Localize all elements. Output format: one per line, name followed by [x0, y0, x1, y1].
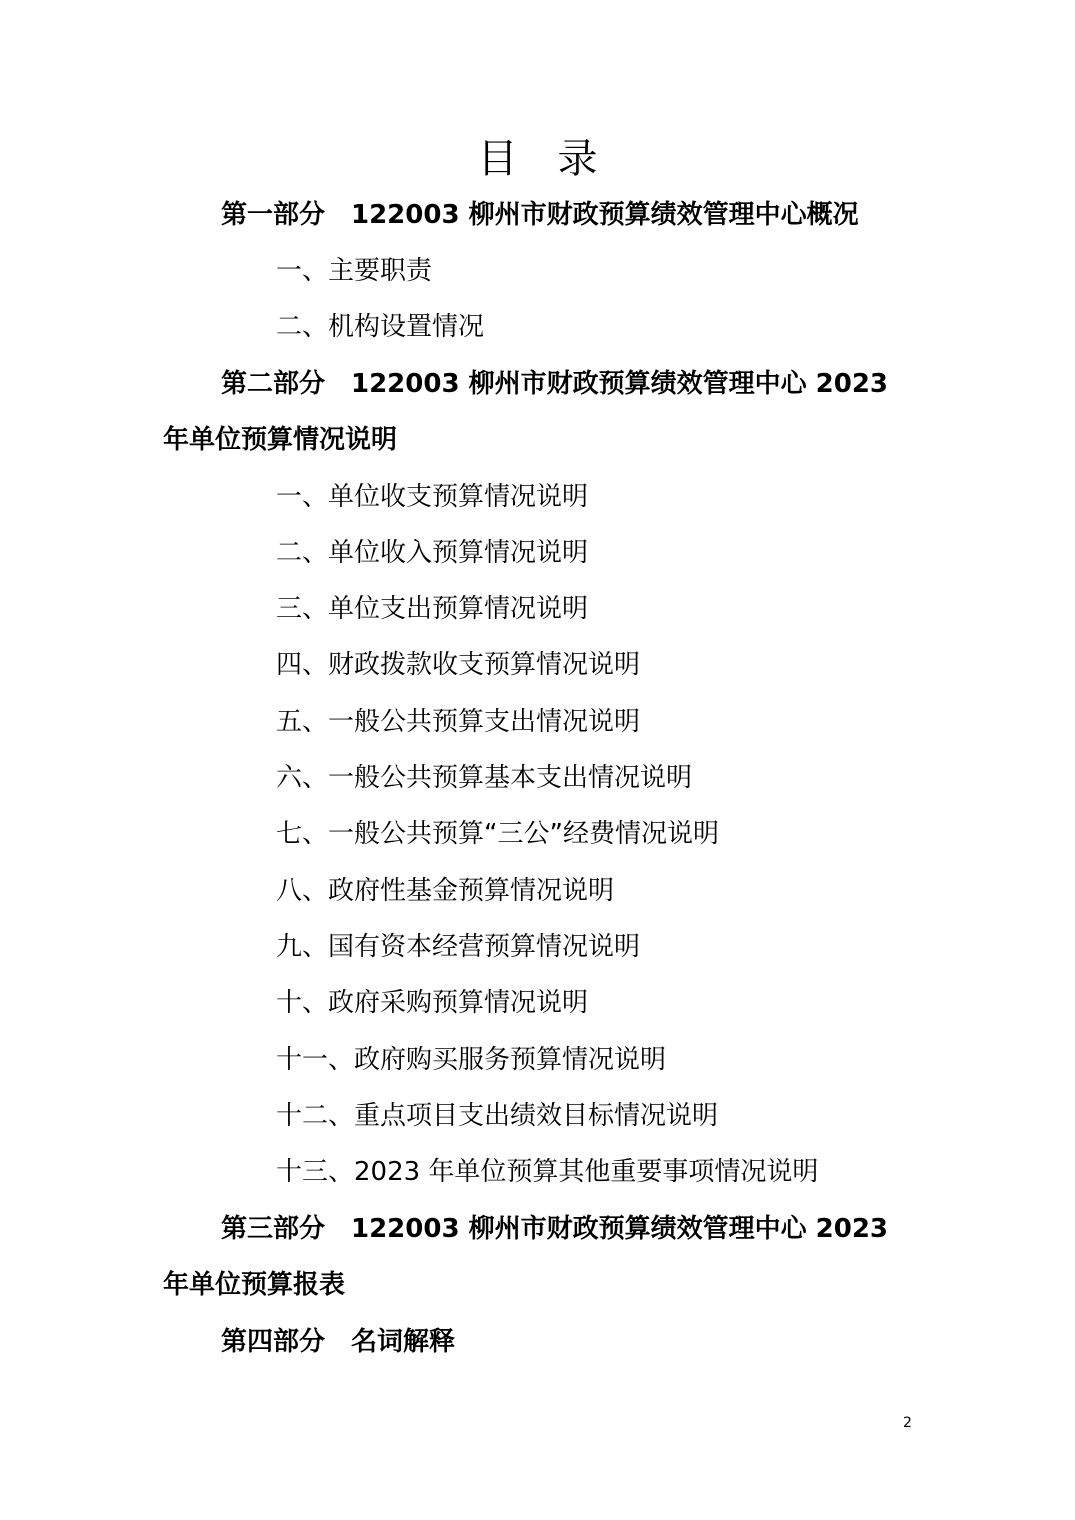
toc-item: 一、单位收支预算情况说明 — [276, 480, 588, 514]
toc-item: 十、政府采购预算情况说明 — [276, 986, 588, 1020]
part-3-heading-cont: 年单位预算报表 — [163, 1268, 345, 1302]
toc-item: 二、单位收入预算情况说明 — [276, 536, 588, 570]
toc-item: 八、政府性基金预算情况说明 — [276, 874, 614, 908]
page-number: 2 — [903, 1414, 912, 1432]
toc-item: 六、一般公共预算基本支出情况说明 — [276, 761, 692, 795]
toc-item: 二、机构设置情况 — [276, 310, 484, 344]
toc-item: 一、主要职责 — [276, 254, 432, 288]
part-2-heading: 第二部分 122003 柳州市财政预算绩效管理中心 2023 — [221, 367, 888, 401]
part-4-heading: 第四部分 名词解释 — [221, 1325, 455, 1359]
toc-item: 十一、政府购买服务预算情况说明 — [276, 1043, 666, 1077]
toc-item: 七、一般公共预算“三公”经费情况说明 — [276, 817, 719, 851]
part-3-heading: 第三部分 122003 柳州市财政预算绩效管理中心 2023 — [221, 1212, 888, 1246]
toc-item: 三、单位支出预算情况说明 — [276, 592, 588, 626]
toc-item: 九、国有资本经营预算情况说明 — [276, 930, 640, 964]
toc-item: 五、一般公共预算支出情况说明 — [276, 705, 640, 739]
document-page: 目录 第一部分 122003 柳州市财政预算绩效管理中心概况 一、主要职责 二、… — [0, 0, 1075, 1520]
toc-title: 目录 — [0, 133, 1075, 185]
part-2-heading-cont: 年单位预算情况说明 — [163, 423, 397, 457]
toc-item: 十三、2023 年单位预算其他重要事项情况说明 — [276, 1155, 818, 1189]
toc-item: 十二、重点项目支出绩效目标情况说明 — [276, 1099, 718, 1133]
toc-item: 四、财政拨款收支预算情况说明 — [276, 648, 640, 682]
part-1-heading: 第一部分 122003 柳州市财政预算绩效管理中心概况 — [221, 198, 859, 232]
